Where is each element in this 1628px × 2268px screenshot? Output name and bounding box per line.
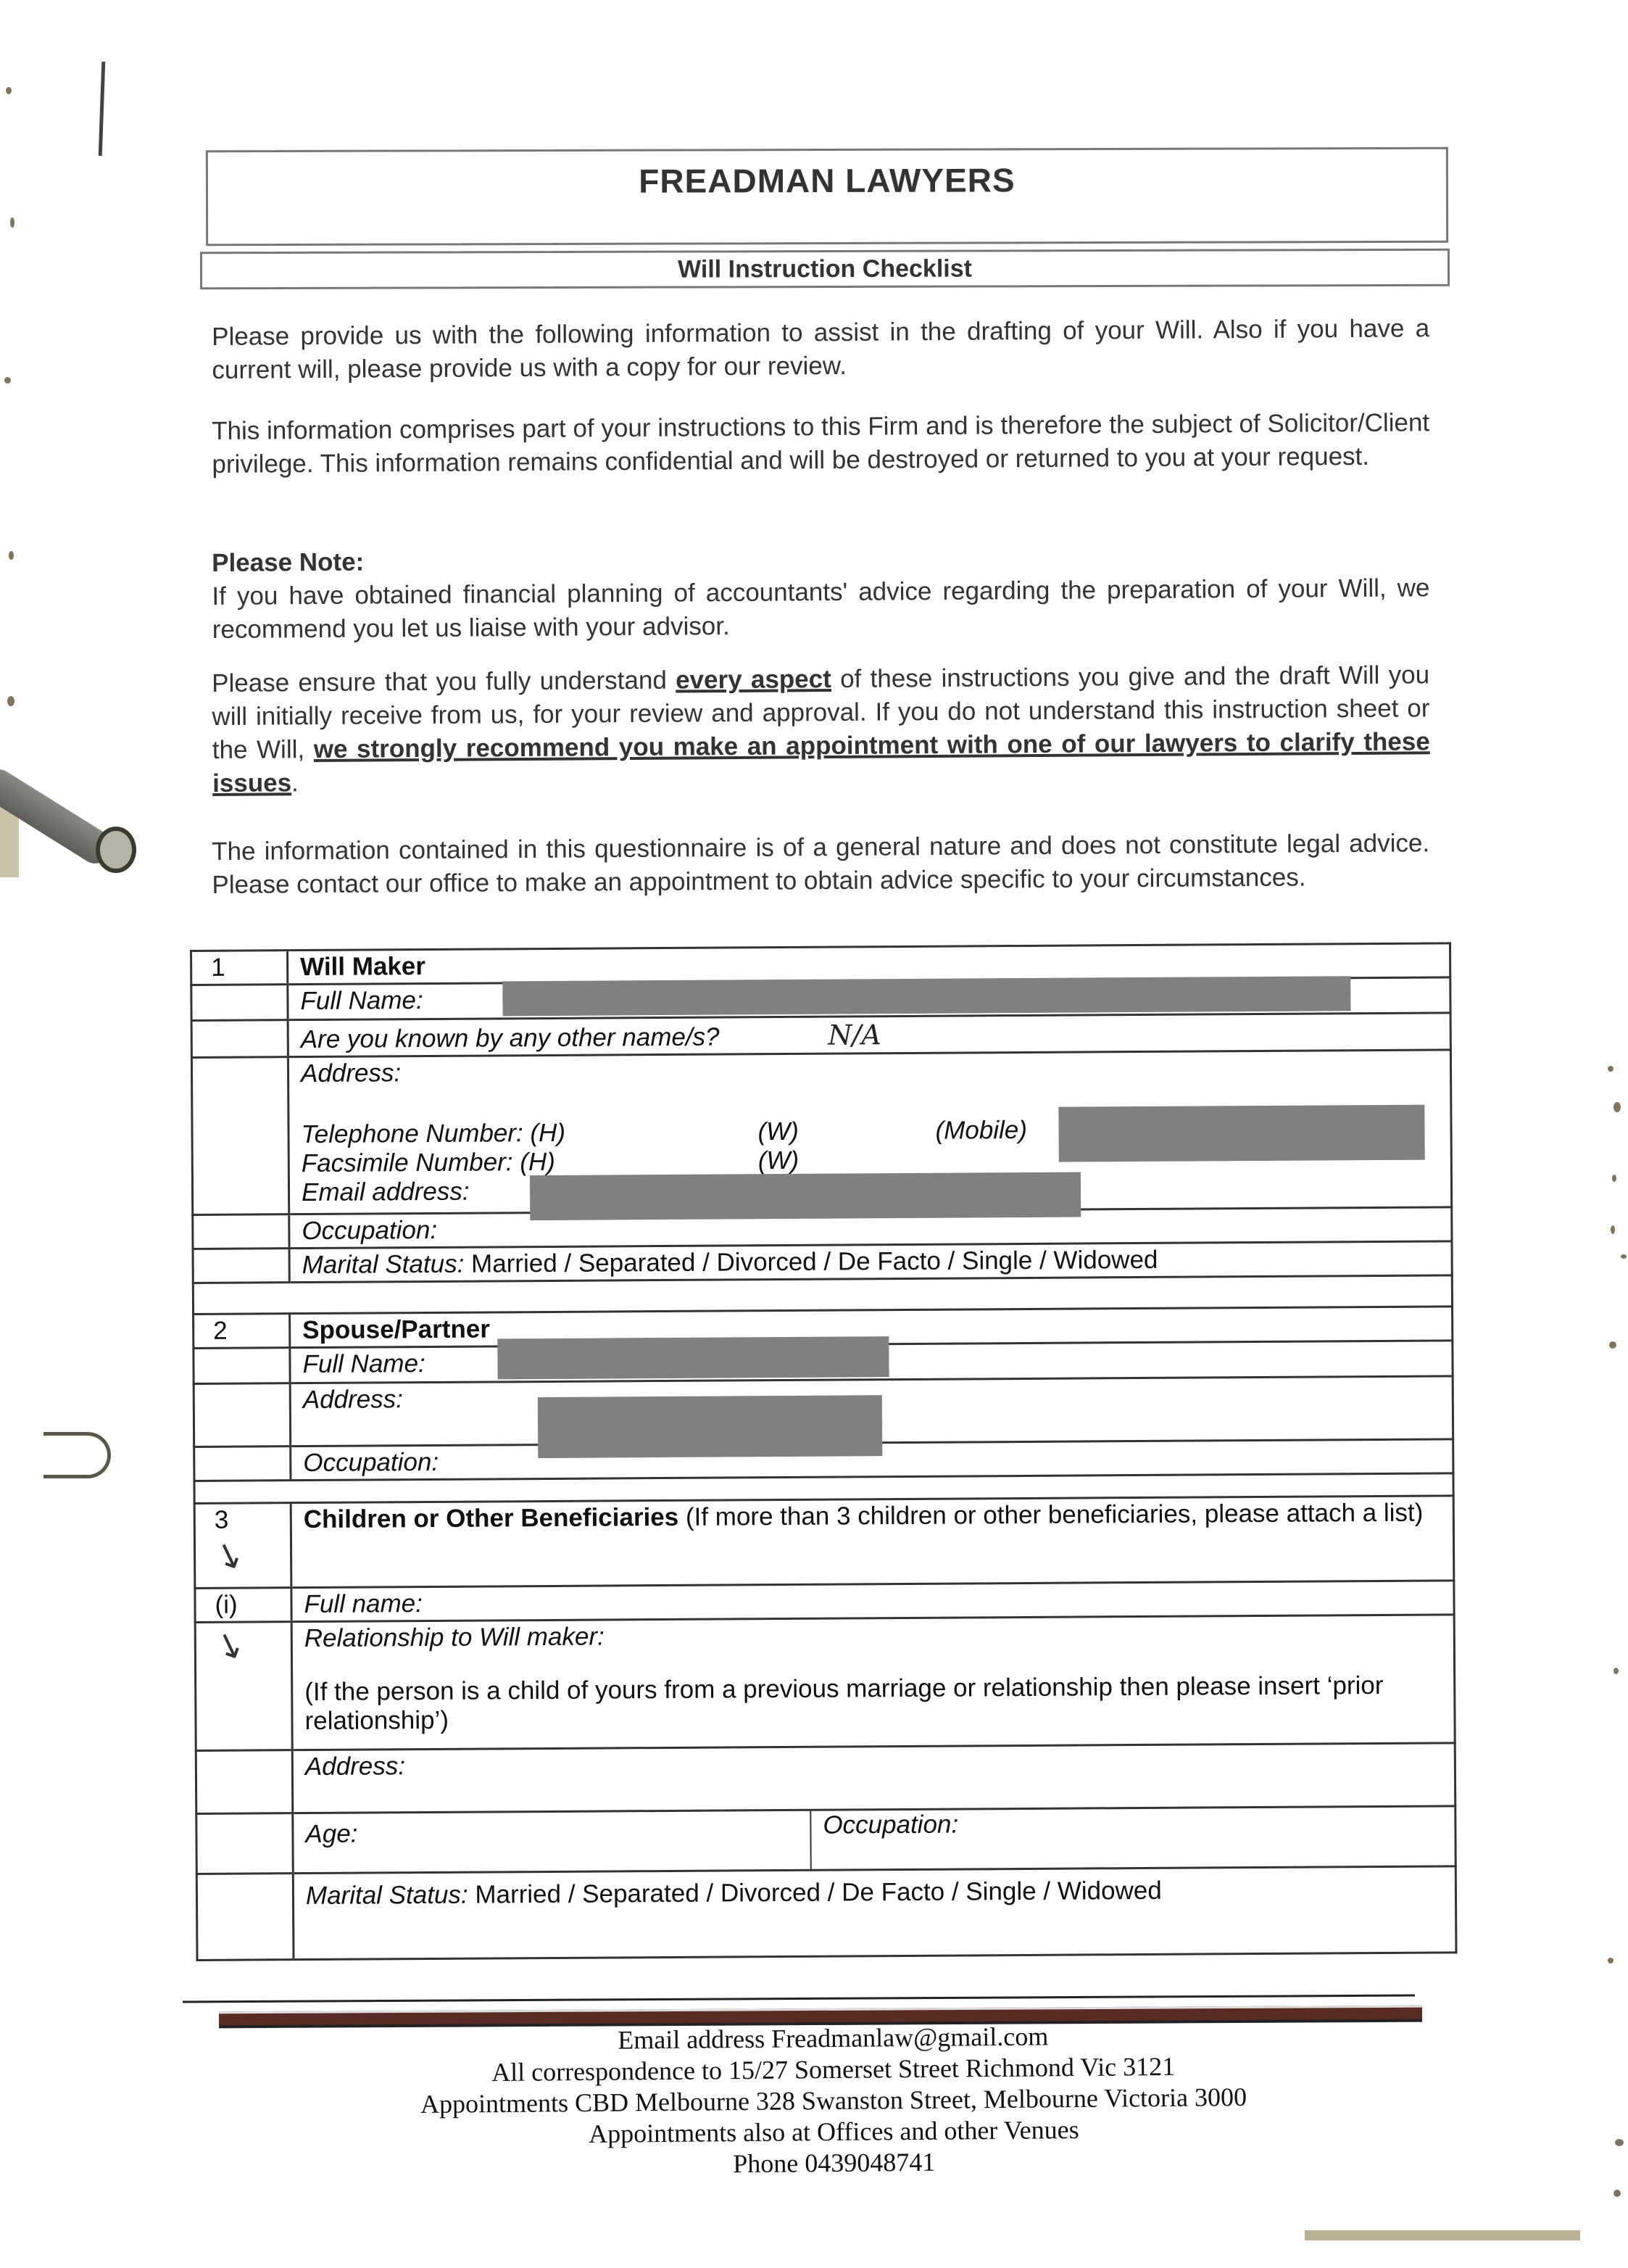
check-mark-icon: ↘: [209, 1531, 250, 1578]
note-block: Please Note: If you have obtained financ…: [212, 538, 1430, 647]
section3-relationship-row: ↘ Relationship to Will maker: (If the pe…: [195, 1614, 1455, 1750]
section3-number: 3↘: [194, 1502, 291, 1588]
emphasis-recommend-appointment: we strongly recommend you make an appoin…: [212, 727, 1430, 798]
intro-paragraph-4: The information contained in this questi…: [212, 827, 1430, 902]
note-text: If you have obtained financial planning …: [212, 574, 1429, 644]
section1-contact-block: Address: Telephone Number: (H) (W) (Mobi…: [288, 1050, 1451, 1214]
section2-address-field[interactable]: Address:: [290, 1375, 1453, 1446]
section1-contact-row: Address: Telephone Number: (H) (W) (Mobi…: [191, 1050, 1451, 1215]
speck: [7, 696, 14, 706]
spouse-address-label: Address:: [303, 1385, 403, 1414]
marital-status-label: Marital Status:: [302, 1249, 465, 1278]
speck: [1614, 1102, 1621, 1112]
beneficiary-marital-status[interactable]: Marital Status: Married / Separated / Di…: [293, 1866, 1456, 1959]
marital-status-label: Marital Status:: [306, 1880, 468, 1909]
marital-status-options: Married / Separated / Divorced / De Fact…: [471, 1246, 1158, 1278]
section3-header-row: 3↘ Children or Other Beneficiaries (If m…: [194, 1495, 1454, 1588]
email-line[interactable]: Email address:: [302, 1171, 1439, 1207]
section2-number: 2: [194, 1313, 290, 1348]
section1-number: 1: [191, 951, 288, 985]
marital-status-options: Married / Separated / Divorced / De Fact…: [475, 1876, 1162, 1908]
speck: [1611, 1225, 1615, 1234]
p3-text-start: Please ensure that you fully understand: [212, 666, 676, 698]
beneficiary-relationship-field[interactable]: Relationship to Will maker: (If the pers…: [291, 1614, 1455, 1750]
speck: [4, 377, 11, 384]
speck: [1614, 1668, 1619, 1674]
speck: [10, 218, 14, 228]
spouse-full-name-label: Full Name:: [302, 1349, 425, 1378]
speck: [6, 87, 12, 94]
section3-age-occupation-row: Age: Occupation:: [196, 1805, 1455, 1874]
speck: [1615, 2139, 1624, 2146]
section3-title-note: (If more than 3 children or other benefi…: [686, 1498, 1424, 1531]
paper-clip: [43, 1432, 111, 1478]
speck: [1621, 1254, 1627, 1259]
beneficiary-index: (i): [195, 1587, 291, 1622]
intro-paragraph-3: Please ensure that you fully understand …: [212, 658, 1430, 800]
beneficiary-occupation-field[interactable]: Occupation:: [811, 1807, 1454, 1868]
beneficiary-address-field[interactable]: Address:: [292, 1742, 1455, 1813]
other-names-label: Are you known by any other name/s?: [301, 1022, 720, 1054]
relationship-label: Relationship to Will maker:: [304, 1617, 1442, 1653]
address-label: Address:: [301, 1052, 1438, 1088]
other-names-value: N/A: [828, 1019, 881, 1051]
binder-ring: [96, 827, 136, 873]
section3-title-block: Children or Other Beneficiaries (If more…: [291, 1495, 1454, 1587]
footer-rule-thin: [183, 1995, 1415, 2003]
speck: [1614, 2190, 1621, 2197]
redacted-spouse-address: [538, 1395, 883, 1458]
section3-title: Children or Other Beneficiaries: [304, 1502, 679, 1533]
facsimile-work-label: (W): [758, 1146, 800, 1175]
facsimile-label: Facsimile Number: (H): [302, 1148, 555, 1178]
pen-mark: [99, 62, 106, 156]
beneficiary-age-field[interactable]: Age:: [294, 1810, 811, 1871]
emphasis-every-aspect: every aspect: [676, 665, 831, 694]
speck: [1609, 1341, 1616, 1349]
email-label: Email address:: [302, 1177, 470, 1206]
relationship-note: (If the person is a child of yours from …: [304, 1671, 1442, 1736]
redacted-full-name: [502, 976, 1350, 1016]
tape-strip: [1305, 2230, 1580, 2240]
full-name-label: Full Name:: [300, 986, 423, 1015]
speck: [9, 551, 14, 560]
redacted-spouse-name: [497, 1336, 889, 1379]
section3-address-row: Address:: [196, 1742, 1455, 1813]
document-title: Will Instruction Checklist: [202, 254, 1448, 285]
firm-name: FREADMAN LAWYERS: [208, 160, 1446, 202]
intro-paragraph-1: Please provide us with the following inf…: [212, 312, 1430, 387]
check-mark-icon: ↘: [209, 1621, 251, 1668]
firm-name-box: FREADMAN LAWYERS: [206, 147, 1448, 246]
telephone-label: Telephone Number: (H): [301, 1119, 565, 1149]
speck: [1608, 1066, 1614, 1072]
section3-marital-row: Marital Status: Married / Separated / Di…: [196, 1866, 1456, 1960]
redacted-email: [530, 1172, 1081, 1220]
will-instruction-form: 1 Will Maker Full Name: Are you known by…: [190, 942, 1457, 1961]
speck: [1612, 1175, 1616, 1182]
document-title-box: Will Instruction Checklist: [200, 249, 1450, 290]
note-heading: Please Note:: [212, 548, 364, 577]
telephone-mobile-label: (Mobile): [935, 1116, 1027, 1146]
intro-paragraph-2: This information comprises part of your …: [212, 406, 1430, 481]
p3-text-end: .: [291, 769, 299, 797]
telephone-work-label: (W): [757, 1117, 799, 1146]
footer-contact: Email address Freadmanlaw@gmail.com All …: [289, 2018, 1378, 2183]
speck: [1608, 1958, 1614, 1963]
section2-address-row: Address:: [194, 1375, 1453, 1447]
